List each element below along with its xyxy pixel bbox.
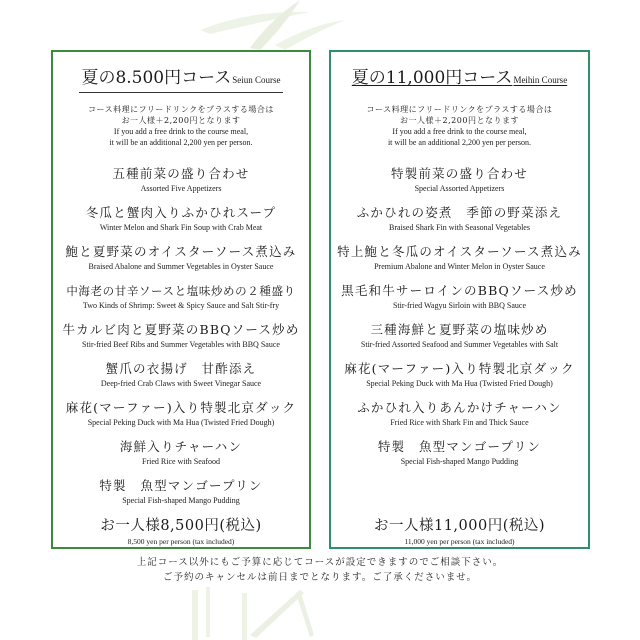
menu-item-jp: 海鮮入りチャーハン — [53, 438, 309, 456]
menu-item-jp: 特製前菜の盛り合わせ — [331, 165, 588, 183]
menu-item-en: Premium Abalone and Winter Melon in Oyst… — [331, 261, 588, 273]
footer-notes: 上記コース以外にもご予算に応じてコースが設定できますのでご相談下さい。 ご予約の… — [0, 555, 640, 585]
drink-note-en-1: If you add a free drink to the course me… — [53, 126, 309, 137]
course-title: 夏の11,000円コースMeihin Course — [331, 68, 588, 90]
menu-item: 特製前菜の盛り合わせSpecial Assorted Appetizers — [331, 165, 588, 204]
menu-item: 牛カルビ肉と夏野菜のBBQソース炒めStir-fried Beef Ribs a… — [53, 321, 309, 360]
course-card-meihin: 夏の11,000円コースMeihin Course コース料理にフリードリンクを… — [329, 50, 590, 549]
menu-item: 三種海鮮と夏野菜の塩味炒めStir-fried Assorted Seafood… — [331, 321, 588, 360]
drink-note-en-2: it will be an additional 2,200 yen per p… — [331, 137, 588, 148]
menu-item-en: Braised Abalone and Summer Vegetables in… — [53, 261, 309, 273]
menu-item-en: Assorted Five Appetizers — [53, 183, 309, 195]
drink-note-jp-1: コース料理にフリードリンクをプラスする場合は — [53, 104, 309, 115]
menu-item: 特製 魚型マンゴープリンSpecial Fish-shaped Mango Pu… — [53, 477, 309, 516]
menu-item-en: Fried Rice with Seafood — [53, 456, 309, 468]
menu-item: 冬瓜と蟹肉入りふかひれスープWinter Melon and Shark Fin… — [53, 204, 309, 243]
menu-item-jp: 冬瓜と蟹肉入りふかひれスープ — [53, 204, 309, 222]
menu-item-jp: 鮑と夏野菜のオイスターソース煮込み — [53, 243, 309, 261]
menu-item-jp: 特製 魚型マンゴープリン — [53, 477, 309, 495]
menu-item-en: Deep-fried Crab Claws with Sweet Vinegar… — [53, 378, 309, 390]
bamboo-watermark-icon — [190, 0, 350, 50]
menu-item: 蟹爪の衣揚げ 甘酢添えDeep-fried Crab Claws with Sw… — [53, 360, 309, 399]
bamboo-watermark-icon — [180, 585, 340, 640]
menu-item: ふかひれ入りあんかけチャーハンFried Rice with Shark Fin… — [331, 399, 588, 438]
menu-item: 特製 魚型マンゴープリンSpecial Fish-shaped Mango Pu… — [331, 438, 588, 477]
menu-item-en: Braised Shark Fin with Seasonal Vegetabl… — [331, 222, 588, 234]
menu-item: 海鮮入りチャーハンFried Rice with Seafood — [53, 438, 309, 477]
menu-item-en: Winter Melon and Shark Fin Soup with Cra… — [53, 222, 309, 234]
drink-note-en-1: If you add a free drink to the course me… — [331, 126, 588, 137]
menu-item-en: Stir-fried Assorted Seafood and Summer V… — [331, 339, 588, 351]
drink-note-jp-1: コース料理にフリードリンクをプラスする場合は — [331, 104, 588, 115]
menu-item: 特上鮑と冬瓜のオイスターソース煮込みPremium Abalone and Wi… — [331, 243, 588, 282]
drink-note-en-2: it will be an additional 2,200 yen per p… — [53, 137, 309, 148]
menu-item-en: Stir-fried Wagyu Sirloin with BBQ Sauce — [331, 300, 588, 312]
drink-note: コース料理にフリードリンクをプラスする場合は お一人様＋2,200円となります … — [53, 104, 309, 148]
menu-item-jp: 特上鮑と冬瓜のオイスターソース煮込み — [331, 243, 588, 261]
menu-item-en: Stir-fried Beef Ribs and Summer Vegetabl… — [53, 339, 309, 351]
menu-item: ふかひれの姿煮 季節の野菜添えBraised Shark Fin with Se… — [331, 204, 588, 243]
menu-items: 特製前菜の盛り合わせSpecial Assorted Appetizers ふか… — [331, 165, 588, 477]
footer-line-1: 上記コース以外にもご予算に応じてコースが設定できますのでご相談下さい。 — [0, 555, 640, 570]
menu-item-jp: 麻花(マーファー)入り特製北京ダック — [331, 360, 588, 378]
menu-item-jp: 特製 魚型マンゴープリン — [331, 438, 588, 456]
drink-note-jp-2: お一人様＋2,200円となります — [331, 115, 588, 126]
menu-item-jp: 黒毛和牛サーロインのBBQソース炒め — [331, 282, 588, 300]
menu-item-en: Special Peking Duck with Ma Hua (Twisted… — [53, 417, 309, 429]
course-title: 夏の8.500円コースSeiun Course — [53, 68, 309, 93]
course-title-en: Seiun Course — [232, 75, 280, 85]
menu-item-jp: 中海老の甘辛ソースと塩味炒めの２種盛り — [53, 282, 309, 300]
menu-item-en: Special Fish-shaped Mango Pudding — [53, 495, 309, 507]
menu-item: 鮑と夏野菜のオイスターソース煮込みBraised Abalone and Sum… — [53, 243, 309, 282]
course-title-jp: 夏の8.500円コース — [81, 68, 231, 88]
menu-item-jp: 牛カルビ肉と夏野菜のBBQソース炒め — [53, 321, 309, 339]
drink-note: コース料理にフリードリンクをプラスする場合は お一人様＋2,200円となります … — [331, 104, 588, 148]
price-jp: お一人様8,500円(税込) — [53, 517, 309, 535]
price-en: 11,000 yen per person (tax included) — [331, 537, 588, 547]
menu-item: 麻花(マーファー)入り特製北京ダックSpecial Peking Duck wi… — [53, 399, 309, 438]
price-en: 8,500 yen per person (tax included) — [53, 537, 309, 547]
menu-item-jp: ふかひれ入りあんかけチャーハン — [331, 399, 588, 417]
menu-item-en: Fried Rice with Shark Fin and Thick Sauc… — [331, 417, 588, 429]
course-card-seiun: 夏の8.500円コースSeiun Course コース料理にフリードリンクをプラ… — [51, 50, 311, 549]
course-title-en: Meihin Course — [513, 75, 567, 85]
menu-item-jp: 蟹爪の衣揚げ 甘酢添え — [53, 360, 309, 378]
menu-item-jp: 麻花(マーファー)入り特製北京ダック — [53, 399, 309, 417]
menu-item-en: Special Assorted Appetizers — [331, 183, 588, 195]
menu-items: 五種前菜の盛り合わせAssorted Five Appetizers 冬瓜と蟹肉… — [53, 165, 309, 516]
menu-item: 五種前菜の盛り合わせAssorted Five Appetizers — [53, 165, 309, 204]
menu-item-jp: 三種海鮮と夏野菜の塩味炒め — [331, 321, 588, 339]
menu-item-en: Special Fish-shaped Mango Pudding — [331, 456, 588, 468]
menu-item-jp: ふかひれの姿煮 季節の野菜添え — [331, 204, 588, 222]
menu-item: 麻花(マーファー)入り特製北京ダックSpecial Peking Duck wi… — [331, 360, 588, 399]
menu-item-en: Two Kinds of Shrimp: Sweet & Spicy Sauce… — [53, 300, 309, 312]
drink-note-jp-2: お一人様＋2,200円となります — [53, 115, 309, 126]
menu-item-en: Special Peking Duck with Ma Hua (Twisted… — [331, 378, 588, 390]
footer-line-2: ご予約のキャンセルは前日までとなります。ご了承くださいませ。 — [0, 570, 640, 585]
menu-item: 黒毛和牛サーロインのBBQソース炒めStir-fried Wagyu Sirlo… — [331, 282, 588, 321]
menu-item-jp: 五種前菜の盛り合わせ — [53, 165, 309, 183]
course-title-jp: 夏の11,000円コース — [352, 68, 513, 88]
price-jp: お一人様11,000円(税込) — [331, 517, 588, 535]
menu-item: 中海老の甘辛ソースと塩味炒めの２種盛りTwo Kinds of Shrimp: … — [53, 282, 309, 321]
